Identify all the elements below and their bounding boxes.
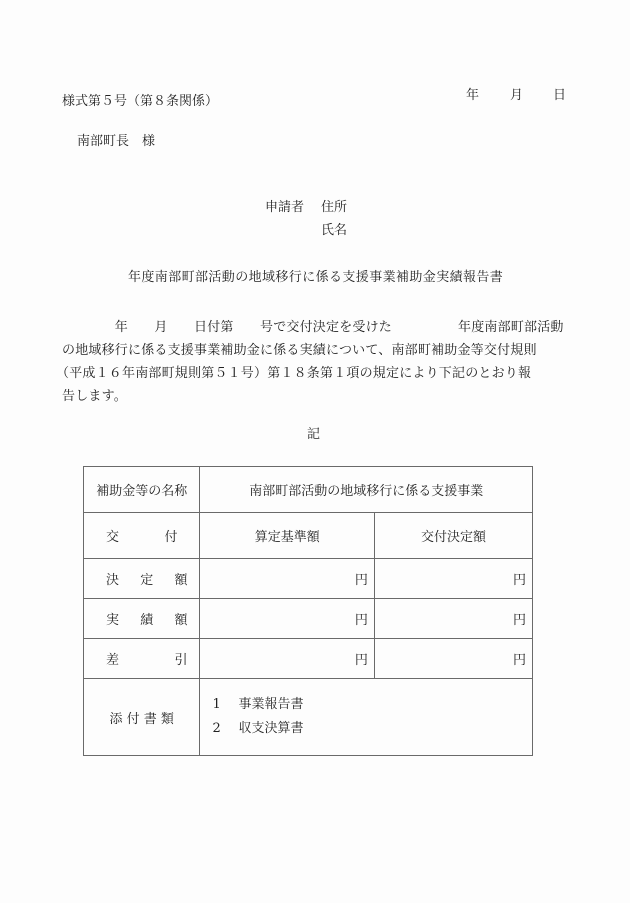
name-label: 氏名 bbox=[321, 224, 347, 237]
date-month: 月 bbox=[510, 89, 523, 102]
body-line: 年 月 日付第 号で交付決定を受けた 年度南部町部活動 bbox=[62, 316, 572, 339]
ki-heading: 記 bbox=[307, 428, 320, 441]
amount-cell[interactable]: 円 bbox=[374, 599, 532, 639]
body-line: （平成１６年南部町規則第５１号）第１８条第１項の規定により下記のとおり報 bbox=[56, 362, 572, 385]
body-line: 告します。 bbox=[62, 385, 572, 408]
table-row: 決定額 円 円 bbox=[84, 559, 533, 599]
amount-cell[interactable]: 円 bbox=[374, 639, 532, 679]
body-paragraph: 年 月 日付第 号で交付決定を受けた 年度南部町部活動 の地域移行に係る支援事業… bbox=[62, 316, 572, 408]
date-line: 年 月 日 bbox=[466, 89, 479, 102]
attachments-label: 添 付 書 類 bbox=[84, 679, 200, 756]
report-table: 補助金等の名称 南部町部活動の地域移行に係る支援事業 交付 算定基準額 交付決定… bbox=[83, 466, 533, 756]
subsidy-name-label: 補助金等の名称 bbox=[84, 467, 200, 513]
form-number: 様式第５号（第８条関係） bbox=[62, 95, 218, 108]
attachment-item: 1事業報告書 bbox=[212, 693, 532, 717]
amount-cell[interactable]: 円 bbox=[200, 639, 374, 679]
date-day: 日 bbox=[553, 89, 566, 102]
table-row: 実績額 円 円 bbox=[84, 599, 533, 639]
amount-cell[interactable]: 円 bbox=[200, 559, 374, 599]
row-label-jisseki: 実績額 bbox=[84, 599, 200, 639]
col-header-santei: 算定基準額 bbox=[200, 513, 374, 559]
addressee: 南部町長 様 bbox=[77, 135, 155, 148]
table-row: 差引 円 円 bbox=[84, 639, 533, 679]
subsidy-name-value: 南部町部活動の地域移行に係る支援事業 bbox=[200, 467, 533, 513]
applicant-label: 申請者 bbox=[265, 201, 304, 214]
date-year: 年 bbox=[466, 88, 479, 103]
address-label: 住所 bbox=[321, 201, 347, 214]
attachment-item: 2収支決算書 bbox=[212, 717, 532, 741]
row-label-kettei: 決定額 bbox=[84, 559, 200, 599]
document-title: 年度南部町部活動の地域移行に係る支援事業補助金実績報告書 bbox=[128, 271, 503, 284]
col-header-kofu-kettei: 交付決定額 bbox=[374, 513, 532, 559]
kofu-label: 交付 bbox=[84, 513, 200, 559]
row-label-sahiki: 差引 bbox=[84, 639, 200, 679]
attachments-list: 1事業報告書 2収支決算書 bbox=[200, 679, 533, 756]
amount-cell[interactable]: 円 bbox=[200, 599, 374, 639]
amount-cell[interactable]: 円 bbox=[374, 559, 532, 599]
body-line: の地域移行に係る支援事業補助金に係る実績について、南部町補助金等交付規則 bbox=[62, 339, 572, 362]
